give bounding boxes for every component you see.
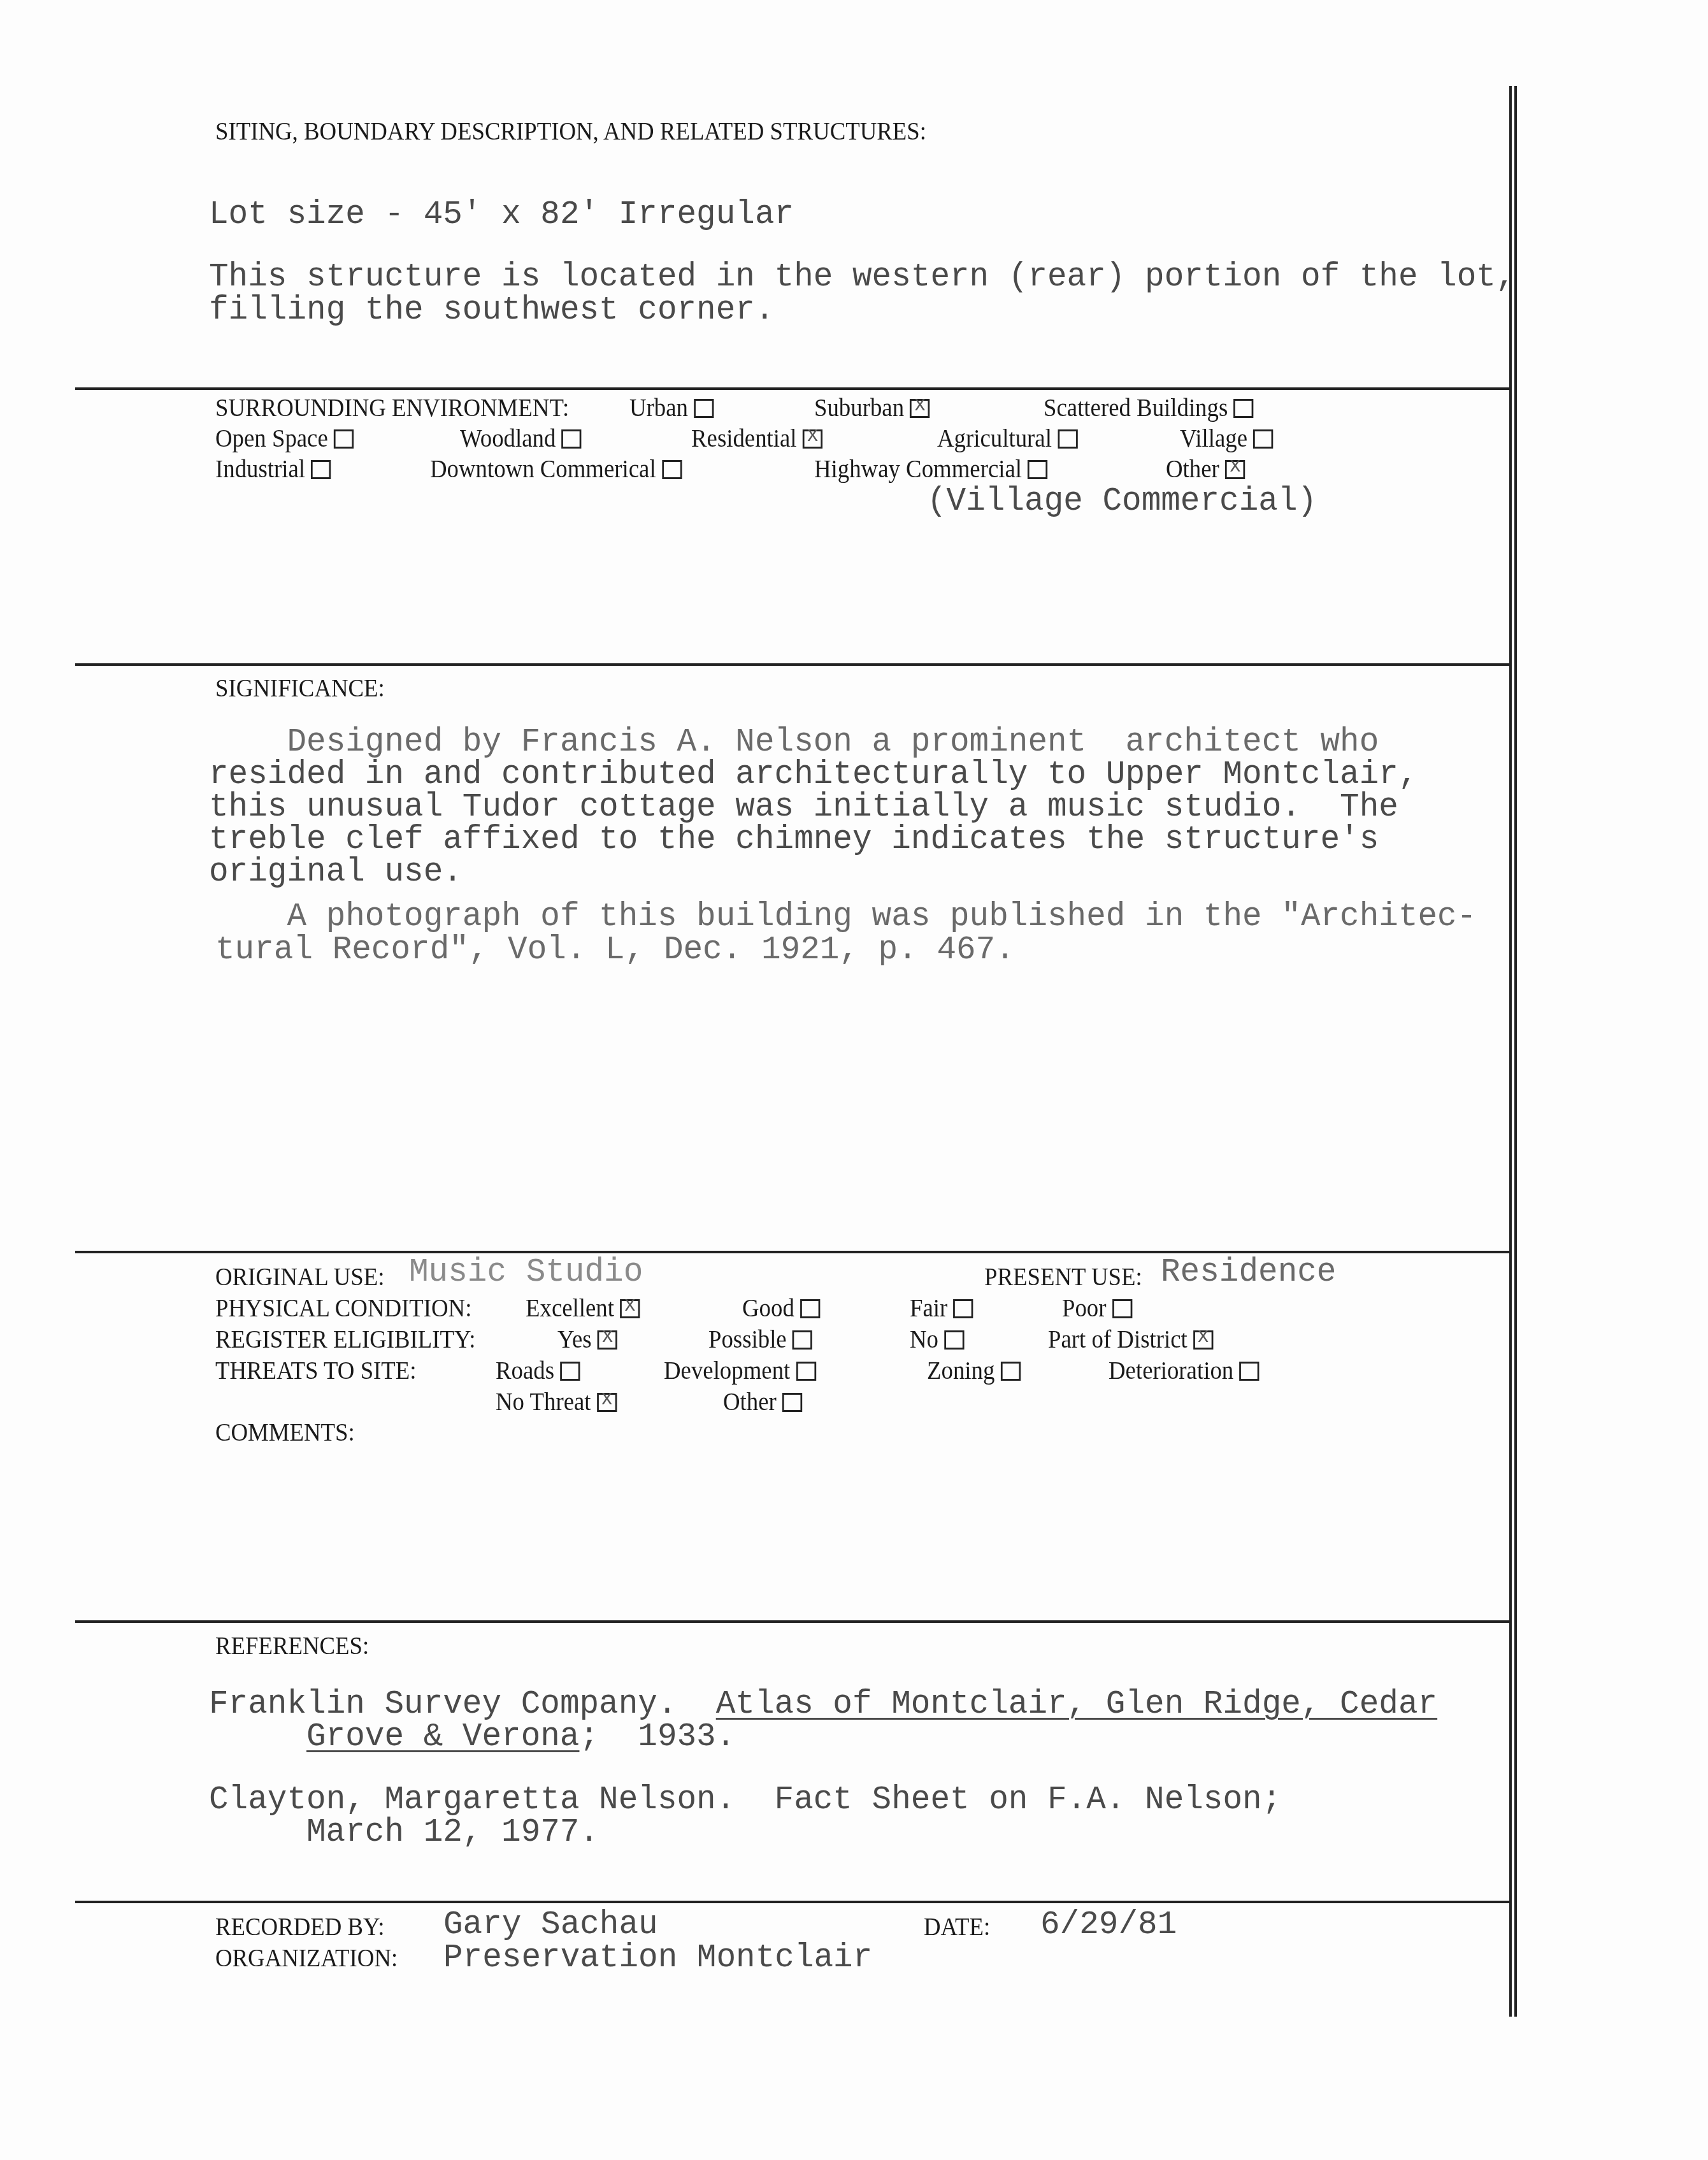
condition-poor[interactable]: Poor: [1062, 1295, 1132, 1321]
physical-condition-label: PHYSICAL CONDITION:: [215, 1295, 471, 1321]
reference-2-line-2: March 12, 1977.: [306, 1817, 599, 1849]
checkbox-unchecked[interactable]: [311, 460, 331, 479]
eligibility-label: No: [910, 1325, 938, 1353]
threat-label: No Threat: [496, 1387, 591, 1416]
checkbox-unchecked[interactable]: [334, 429, 354, 449]
checkbox-checked[interactable]: [597, 1393, 617, 1412]
checkbox-unchecked[interactable]: [1233, 399, 1253, 418]
env-option-label: Woodland: [460, 424, 556, 452]
env-other-note: (Village Commercial): [927, 486, 1317, 518]
env-option-label: Scattered Buildings: [1044, 393, 1228, 422]
env-option-other[interactable]: Other: [1166, 456, 1245, 482]
section-divider: [75, 663, 1510, 666]
checkbox-checked[interactable]: [910, 399, 929, 418]
significance-line: this unusual Tudor cottage was initially…: [209, 791, 1398, 824]
env-option-label: Industrial: [215, 454, 305, 483]
condition-good[interactable]: Good: [742, 1295, 820, 1321]
register-eligibility-label: REGISTER ELIGIBILITY:: [215, 1327, 476, 1352]
organization-value: Preservation Montclair: [443, 1942, 872, 1975]
checkbox-unchecked[interactable]: [1001, 1362, 1021, 1381]
checkbox-unchecked[interactable]: [800, 1299, 820, 1318]
checkbox-checked[interactable]: [620, 1299, 640, 1318]
condition-label: Good: [742, 1293, 794, 1322]
significance-line: A photograph of this building was publis…: [209, 901, 1476, 933]
eligibility-part-of-district[interactable]: Part of District: [1048, 1327, 1213, 1352]
env-option-residential[interactable]: Residential: [691, 426, 822, 451]
section-divider: [75, 1620, 1510, 1623]
env-option-village[interactable]: Village: [1180, 426, 1274, 451]
significance-line: resided in and contributed architectural…: [209, 759, 1418, 791]
reference-2-line-1: Clayton, Margaretta Nelson. Fact Sheet o…: [209, 1784, 1281, 1817]
env-option-label: Village: [1180, 424, 1247, 452]
env-option-label: Agricultural: [937, 424, 1052, 452]
threats-label: THREATS TO SITE:: [215, 1358, 417, 1383]
checkbox-unchecked[interactable]: [782, 1393, 802, 1412]
checkbox-unchecked[interactable]: [662, 460, 682, 479]
condition-label: Fair: [910, 1293, 947, 1322]
right-border-line-outer: [1509, 86, 1512, 2017]
threat-deterioration[interactable]: Deterioration: [1109, 1358, 1259, 1383]
references-header: REFERENCES:: [215, 1633, 369, 1659]
checkbox-unchecked[interactable]: [1058, 429, 1077, 449]
threat-development[interactable]: Development: [664, 1358, 816, 1383]
reference-1-author: Franklin Survey Company.: [209, 1687, 716, 1723]
env-option-label: Open Space: [215, 424, 328, 452]
threat-label: Deterioration: [1109, 1356, 1233, 1385]
condition-label: Excellent: [526, 1293, 614, 1322]
threat-label: Other: [723, 1387, 777, 1416]
reference-1-line-1: Franklin Survey Company. Atlas of Montcl…: [209, 1688, 1437, 1721]
date-label: DATE:: [924, 1914, 990, 1940]
section-divider: [75, 387, 1510, 390]
env-option-downtown-commercial[interactable]: Downtown Commerical: [430, 456, 682, 482]
env-option-label: Downtown Commerical: [430, 454, 656, 483]
reference-1-title: Atlas of Montclair, Glen Ridge, Cedar: [716, 1687, 1437, 1723]
significance-line: treble clef affixed to the chimney indic…: [209, 824, 1379, 856]
env-option-label: Residential: [691, 424, 797, 452]
env-option-label: Other: [1166, 454, 1219, 483]
checkbox-checked[interactable]: [1225, 460, 1245, 479]
env-option-suburban[interactable]: Suburban: [814, 395, 930, 421]
recorded-by-value: Gary Sachau: [443, 1909, 658, 1941]
siting-description-line-1: This structure is located in the western…: [209, 261, 1516, 294]
checkbox-unchecked[interactable]: [1253, 429, 1273, 449]
checkbox-unchecked[interactable]: [1028, 460, 1047, 479]
env-option-label: Urban: [629, 393, 688, 422]
checkbox-unchecked[interactable]: [560, 1362, 580, 1381]
env-option-agricultural[interactable]: Agricultural: [937, 426, 1077, 451]
section-divider: [75, 1901, 1510, 1903]
date-value: 6/29/81: [1040, 1909, 1177, 1941]
env-option-woodland[interactable]: Woodland: [460, 426, 582, 451]
present-use-label: PRESENT USE:: [984, 1264, 1142, 1290]
comments-label: COMMENTS:: [215, 1420, 355, 1445]
eligibility-possible[interactable]: Possible: [708, 1327, 812, 1352]
section-divider: [75, 1251, 1510, 1253]
significance-line: tural Record", Vol. L, Dec. 1921, p. 467…: [215, 934, 1015, 967]
checkbox-unchecked[interactable]: [796, 1362, 815, 1381]
recorded-by-label: RECORDED BY:: [215, 1914, 384, 1940]
environment-label: SURROUNDING ENVIRONMENT:: [215, 393, 569, 422]
checkbox-unchecked[interactable]: [953, 1299, 973, 1318]
checkbox-unchecked[interactable]: [1112, 1299, 1132, 1318]
reference-1-line-2: Grove & Verona; 1933.: [306, 1721, 735, 1753]
threat-zoning[interactable]: Zoning: [927, 1358, 1021, 1383]
checkbox-unchecked[interactable]: [793, 1330, 812, 1350]
significance-line: original use.: [209, 856, 463, 889]
env-option-urban[interactable]: Urban: [629, 395, 714, 421]
checkbox-unchecked[interactable]: [562, 429, 582, 449]
condition-fair[interactable]: Fair: [910, 1295, 973, 1321]
threat-label: Roads: [496, 1356, 554, 1385]
condition-excellent[interactable]: Excellent: [526, 1295, 640, 1321]
eligibility-label: Yes: [557, 1325, 592, 1353]
checkbox-checked[interactable]: [598, 1330, 617, 1350]
lot-size-text: Lot size - 45' x 82' Irregular: [209, 199, 794, 231]
checkbox-unchecked[interactable]: [694, 399, 714, 418]
reference-1-title-cont: Grove & Verona: [306, 1719, 579, 1755]
threat-other[interactable]: Other: [723, 1389, 802, 1415]
siting-description-line-2: filling the southwest corner.: [209, 294, 775, 327]
original-use-label: ORIGINAL USE:: [215, 1264, 384, 1290]
organization-label: ORGANIZATION:: [215, 1945, 398, 1971]
checkbox-unchecked[interactable]: [944, 1330, 964, 1350]
original-use-value: Music Studio: [409, 1256, 643, 1289]
siting-header: SITING, BOUNDARY DESCRIPTION, AND RELATE…: [215, 119, 926, 144]
env-option-highway-commercial[interactable]: Highway Commercial: [814, 456, 1047, 482]
env-option-label: Highway Commercial: [814, 454, 1022, 483]
env-option-industrial[interactable]: Industrial: [215, 456, 331, 482]
env-option-open-space[interactable]: Open Space: [215, 426, 354, 451]
eligibility-label: Part of District: [1048, 1325, 1188, 1353]
threat-no-threat[interactable]: No Threat: [496, 1389, 617, 1415]
env-option-label: Suburban: [814, 393, 904, 422]
checkbox-unchecked[interactable]: [1239, 1362, 1259, 1381]
eligibility-no[interactable]: No: [910, 1327, 964, 1352]
checkbox-checked[interactable]: [1193, 1330, 1213, 1350]
threat-label: Zoning: [927, 1356, 994, 1385]
reference-1-year: ; 1933.: [579, 1719, 735, 1755]
significance-line: Designed by Francis A. Nelson a prominen…: [209, 726, 1379, 759]
environment-header: SURROUNDING ENVIRONMENT:: [215, 395, 569, 421]
env-option-scattered-buildings[interactable]: Scattered Buildings: [1044, 395, 1254, 421]
right-border-line-inner: [1514, 86, 1517, 2017]
significance-header: SIGNIFICANCE:: [215, 675, 385, 701]
condition-label: Poor: [1062, 1293, 1107, 1322]
eligibility-label: Possible: [708, 1325, 787, 1353]
threat-label: Development: [664, 1356, 790, 1385]
checkbox-checked[interactable]: [803, 429, 822, 449]
threat-roads[interactable]: Roads: [496, 1358, 580, 1383]
eligibility-yes[interactable]: Yes: [557, 1327, 617, 1352]
present-use-value: Residence: [1161, 1256, 1336, 1289]
